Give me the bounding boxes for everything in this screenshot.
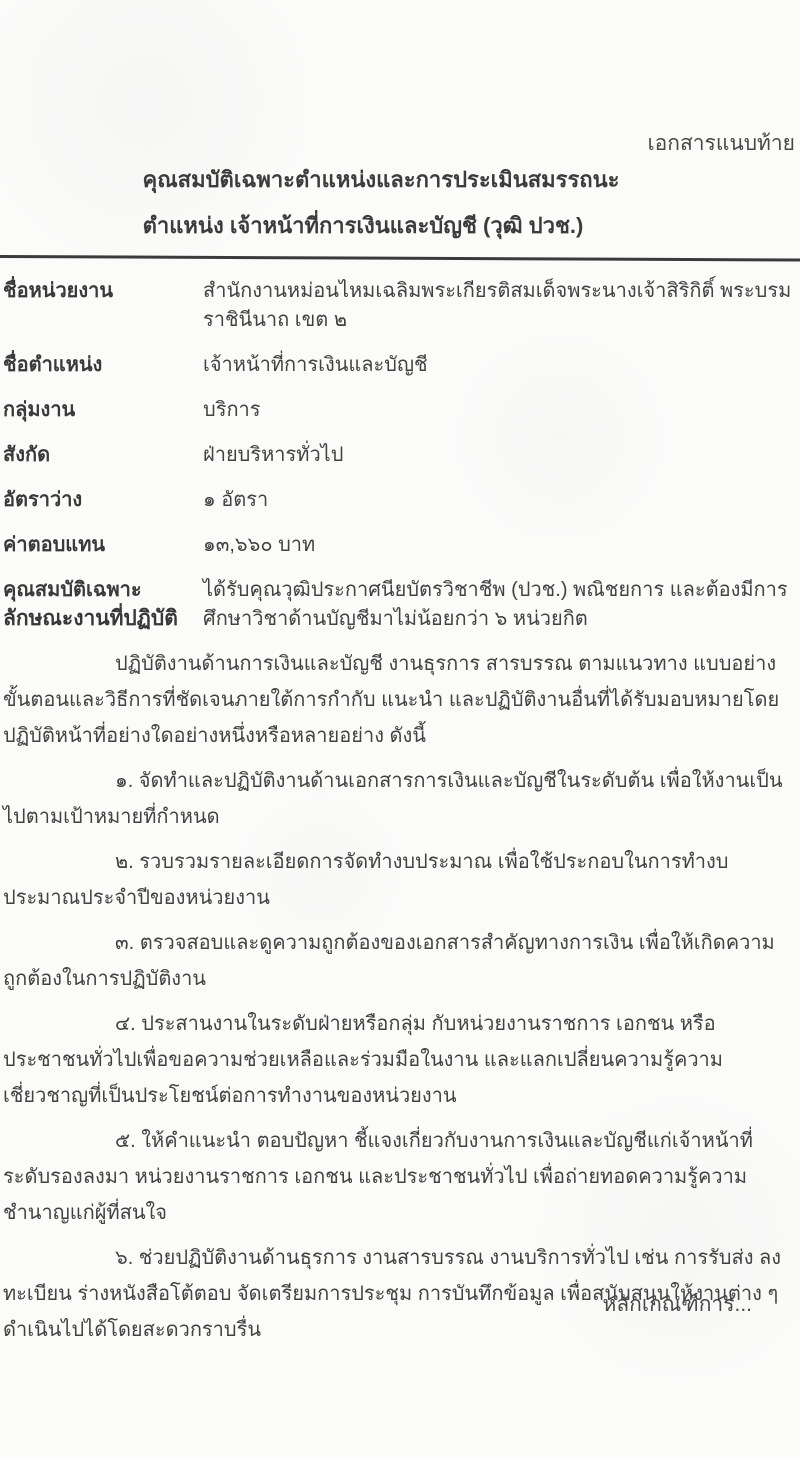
position-details-list: ชื่อหน่วยงาน สำนักงานหม่อนไหมเฉลิมพระเกี… [3,277,797,650]
continuation-note: หลักเกณฑ์การ... [602,1288,752,1321]
page-subtitle: ตำแหน่ง เจ้าหน้าที่การเงินและบัญชี (วุฒิ… [0,208,726,243]
detail-row-agency: ชื่อหน่วยงาน สำนักงานหม่อนไหมเฉลิมพระเกี… [3,277,797,335]
detail-value: บริการ [203,396,797,425]
detail-value: เจ้าหน้าที่การเงินและบัญชี [203,351,797,380]
duty-item-5: ๕. ให้คำแนะนำ ตอบปัญหา ชี้แจงเกี่ยวกับงา… [3,1123,797,1231]
detail-label: อัตราว่าง [3,486,203,515]
detail-value: ฝ่ายบริหารทั่วไป [203,441,797,470]
detail-row-division: สังกัด ฝ่ายบริหารทั่วไป [3,441,797,470]
detail-label: ค่าตอบแทน [3,531,203,560]
detail-label: คุณสมบัติเฉพาะ [3,576,203,605]
detail-label: ชื่อหน่วยงาน [3,277,203,306]
detail-row-work-group: กลุ่มงาน บริการ [3,396,797,425]
detail-row-vacancies: อัตราว่าง ๑ อัตรา [3,486,797,515]
duty-item-2: ๒. รวบรวมรายละเอียดการจัดทำงบประมาณ เพื่… [3,844,797,916]
detail-label: กลุ่มงาน [3,396,203,425]
duties-heading: ลักษณะงานที่ปฏิบัติ [3,603,797,635]
detail-label: ชื่อตำแหน่ง [3,351,203,380]
scanned-document-page: เอกสารแนบท้าย คุณสมบัติเฉพาะตำแหน่งและกา… [0,0,800,1457]
duty-item-3: ๓. ตรวจสอบและดูความถูกต้องของเอกสารสำคัญ… [3,925,797,997]
duty-item-4: ๔. ประสานงานในระดับฝ่ายหรือกลุ่ม กับหน่ว… [3,1006,797,1114]
detail-value: สำนักงานหม่อนไหมเฉลิมพระเกียรติสมเด็จพระ… [203,277,797,335]
header-divider [0,255,800,261]
duties-section: ลักษณะงานที่ปฏิบัติ ปฏิบัติงานด้านการเงิ… [3,603,797,1357]
detail-label: สังกัด [3,441,203,470]
duty-item-1: ๑. จัดทำและปฏิบัติงานด้านเอกสารการเงินแล… [3,763,797,835]
page-title: คุณสมบัติเฉพาะตำแหน่งและการประเมินสมรรถน… [0,162,762,197]
detail-value: ๑ อัตรา [203,486,797,515]
duties-intro: ปฏิบัติงานด้านการเงินและบัญชี งานธุรการ … [3,646,797,754]
detail-row-position-name: ชื่อตำแหน่ง เจ้าหน้าที่การเงินและบัญชี [3,351,797,380]
detail-value: ๑๓,๖๖๐ บาท [203,531,797,560]
attachment-note: เอกสารแนบท้าย [647,127,795,160]
detail-row-salary: ค่าตอบแทน ๑๓,๖๖๐ บาท [3,531,797,560]
